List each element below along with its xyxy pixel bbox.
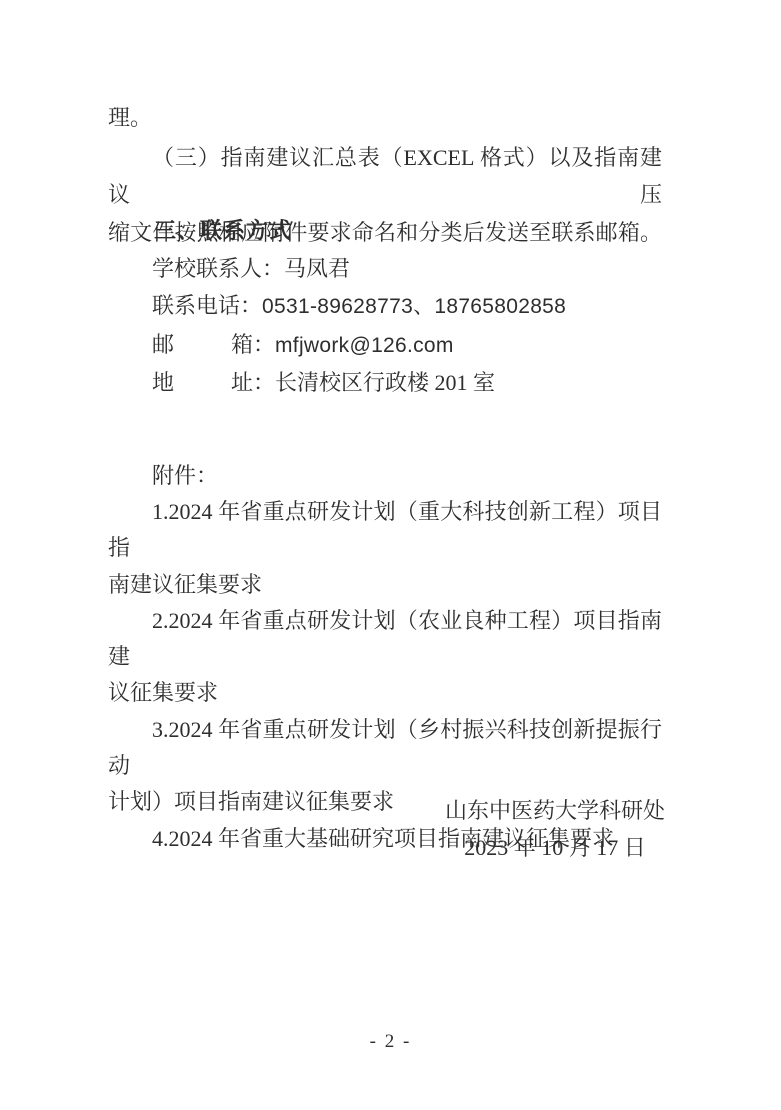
contact-person-label: 学校联系人 bbox=[152, 256, 262, 281]
signature-org: 山东中医药大学科研处 bbox=[445, 792, 665, 829]
contact-email-row: 邮箱：mfjwork@126.com bbox=[152, 326, 664, 364]
contact-email-colon: ： bbox=[253, 332, 275, 357]
signature-block: 山东中医药大学科研处 2023 年 10 月 17 日 bbox=[445, 792, 665, 867]
contact-address-label: 地址 bbox=[152, 364, 253, 401]
contact-phone-label: 联系电话 bbox=[152, 293, 240, 318]
attachment-item-3-line-1: 3.2024 年省重点研发计划（乡村振兴科技创新提振行动 bbox=[108, 712, 662, 785]
contact-phone-row: 联系电话：0531-89628773、18765802858 bbox=[152, 287, 664, 325]
signature-date: 2023 年 10 月 17 日 bbox=[445, 829, 665, 866]
contact-address-colon: ： bbox=[253, 370, 275, 395]
contact-email-value: mfjwork@126.com bbox=[275, 334, 454, 357]
contact-address-value: 长清校区行政楼 201 室 bbox=[275, 370, 495, 395]
attachment-item-2-line-2: 议征集要求 bbox=[108, 675, 662, 711]
paragraph-item-3-line-1: （三）指南建议汇总表（EXCEL 格式）以及指南建议压 bbox=[108, 139, 662, 214]
carryover-paragraph: 理。 bbox=[108, 99, 662, 136]
contact-email-label: 邮箱 bbox=[152, 326, 253, 363]
contact-phone-value: 0531-89628773、18765802858 bbox=[262, 295, 566, 318]
page-number: - 2 - bbox=[0, 1030, 781, 1054]
attachment-item-1-line-1: 1.2024 年省重点研发计划（重大科技创新工程）项目指 bbox=[108, 494, 662, 567]
carryover-line: 理。 bbox=[108, 99, 662, 136]
contact-person-value: 马凤君 bbox=[284, 256, 350, 281]
attachment-item-1-line-2: 南建议征集要求 bbox=[108, 567, 662, 603]
contact-info-list: 学校联系人：马凤君 联系电话：0531-89628773、18765802858… bbox=[152, 250, 664, 402]
attachment-item-2-line-1: 2.2024 年省重点研发计划（农业良种工程）项目指南建 bbox=[108, 603, 662, 676]
contact-person-colon: ： bbox=[262, 256, 284, 281]
section-heading-contact-info: 三、联系方式 bbox=[154, 212, 292, 249]
document-page: 理。 （三）指南建议汇总表（EXCEL 格式）以及指南建议压 缩文件按照相应附件… bbox=[0, 0, 781, 1110]
contact-phone-colon: ： bbox=[240, 293, 262, 318]
contact-address-row: 地址：长清校区行政楼 201 室 bbox=[152, 364, 664, 401]
attachments-label: 附件： bbox=[152, 457, 218, 494]
contact-person-row: 学校联系人：马凤君 bbox=[152, 250, 664, 287]
